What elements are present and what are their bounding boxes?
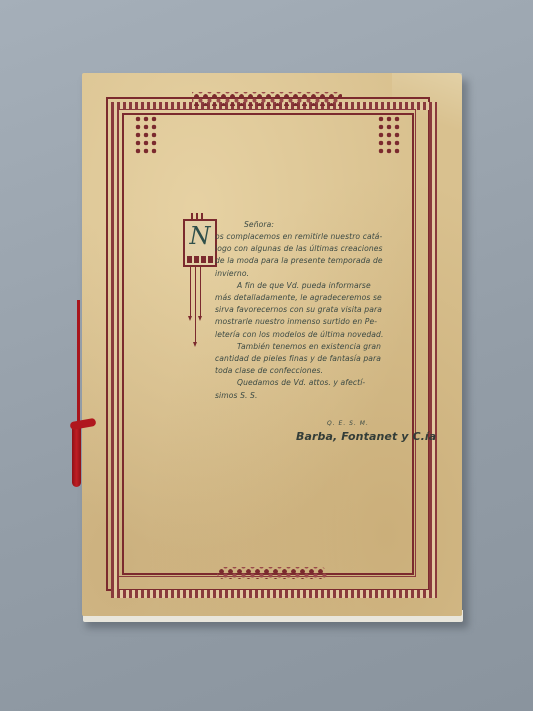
arrow-down-icon [200,265,201,317]
letter-line: sirva favorecernos con su grata visita p… [215,304,415,316]
letter-line: letería con los modelos de última noveda… [215,329,415,341]
letter-line: más detalladamente, le agradeceremos se [215,292,415,304]
floral-garland-top-icon [192,92,342,106]
string-tassel [72,425,81,487]
initial-letter: N [185,222,215,250]
ornament-bottom-icon [217,567,327,579]
decorative-initial: N [183,219,217,267]
letter-line: A fin de que Vd. pueda informarse [215,280,415,292]
letter-line: de la moda para la presente temporada de [215,255,415,267]
letter-line: cantidad de pieles finas y de fantasía p… [215,353,415,365]
letter-line: simos S. S. [215,390,415,402]
letter-line: mostrarle nuestro inmenso surtido en Pe- [215,316,415,328]
closing-abbrev: Q. E. S. M. [327,418,369,430]
letter-line: toda clase de confecciones. [215,365,415,377]
floral-corner-left-icon [134,115,158,155]
catalog-cover: N Señora: os complacemos en remitirle nu… [82,73,462,616]
binding-string [77,300,80,430]
letter-line: Quedamos de Vd. attos. y afectí- [215,377,415,389]
letter-body: os complacemos en remitirle nuestro catá… [215,231,415,402]
arrow-down-icon [195,265,196,343]
arrow-down-icon [190,265,191,317]
letter-line: invierno. [215,268,415,280]
signature: Barba, Fontanet y C.ía [296,431,436,443]
letter-line: logo con algunas de las últimas creacion… [215,243,415,255]
initial-squares [187,256,213,263]
letter-line: os complacemos en remitirle nuestro catá… [215,231,415,243]
salutation: Señora: [244,219,274,231]
letter-line: También tenemos en existencia gran [215,341,415,353]
floral-corner-right-icon [377,115,401,155]
